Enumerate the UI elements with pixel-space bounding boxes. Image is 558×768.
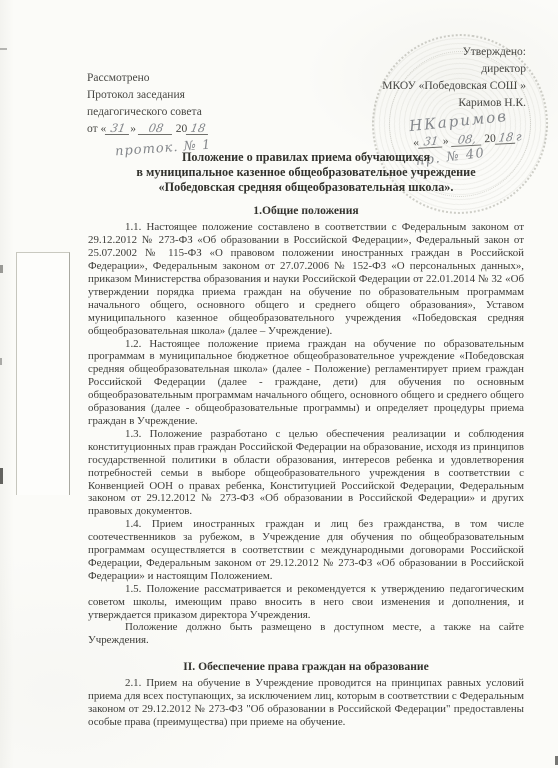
handwritten-day: 31 — [105, 122, 131, 135]
document-body: Положение о правилах приема обучающихся … — [88, 150, 524, 729]
paragraph-1-2: 1.2. Настоящее положение приема граждан … — [88, 338, 524, 428]
paragraph-1-5: 1.5. Положение рассматривается и рекомен… — [88, 583, 524, 622]
review-block: Рассмотрено Протокол заседания педагогич… — [87, 70, 211, 157]
section-heading-2: II. Обеспечение права граждан на образов… — [88, 660, 524, 673]
section-heading-1: 1.Общие положения — [88, 204, 524, 217]
document-title: Положение о правилах приема обучающихся … — [88, 150, 524, 194]
paper-strip-artifact — [16, 252, 70, 495]
paragraph-1-4: 1.4. Прием иностранных граждан и лиц без… — [88, 518, 524, 583]
paragraph-1-1: 1.1. Настоящее положение составлено в со… — [88, 221, 524, 337]
approve-line: директор — [382, 61, 526, 78]
handwritten-year: 18 — [495, 131, 517, 145]
title-line-2: в муниципальное казенное общеобразовател… — [88, 165, 524, 180]
review-date-line: от «31» 08 2018 — [87, 121, 211, 138]
paragraph-1-3: 1.3. Положение разработано с целью обесп… — [88, 428, 524, 518]
handwritten-day: 31 — [418, 134, 444, 148]
date-prefix: от « — [87, 123, 106, 135]
scan-speck — [0, 468, 3, 484]
date-close-quote: » — [130, 123, 136, 135]
approve-line: Утверждено: — [382, 44, 526, 61]
handwritten-year: 18 — [186, 122, 210, 135]
scan-speck — [0, 265, 3, 273]
scan-speck — [0, 358, 2, 365]
review-line: педагогического совета — [87, 104, 211, 121]
scan-speck — [0, 48, 7, 50]
approve-line: МКОУ «Победовская СОШ » — [382, 78, 526, 95]
date-close-quote: » — [443, 135, 449, 147]
review-line: Рассмотрено — [87, 70, 211, 87]
handwritten-month: 08 — [138, 122, 174, 135]
title-line-1: Положение о правилах приема обучающихся — [88, 150, 524, 165]
review-line: Протокол заседания — [87, 87, 211, 104]
title-line-3: «Победовская средняя общеобразовательная… — [88, 180, 524, 195]
paragraph-2-1: 2.1. Прием на обучение в Учреждение пров… — [88, 677, 524, 729]
date-suffix: г — [516, 129, 523, 143]
paragraph-1-6: Положение должно быть размещено в доступ… — [88, 621, 524, 647]
scanned-document-page: Рассмотрено Протокол заседания педагогич… — [0, 0, 558, 768]
